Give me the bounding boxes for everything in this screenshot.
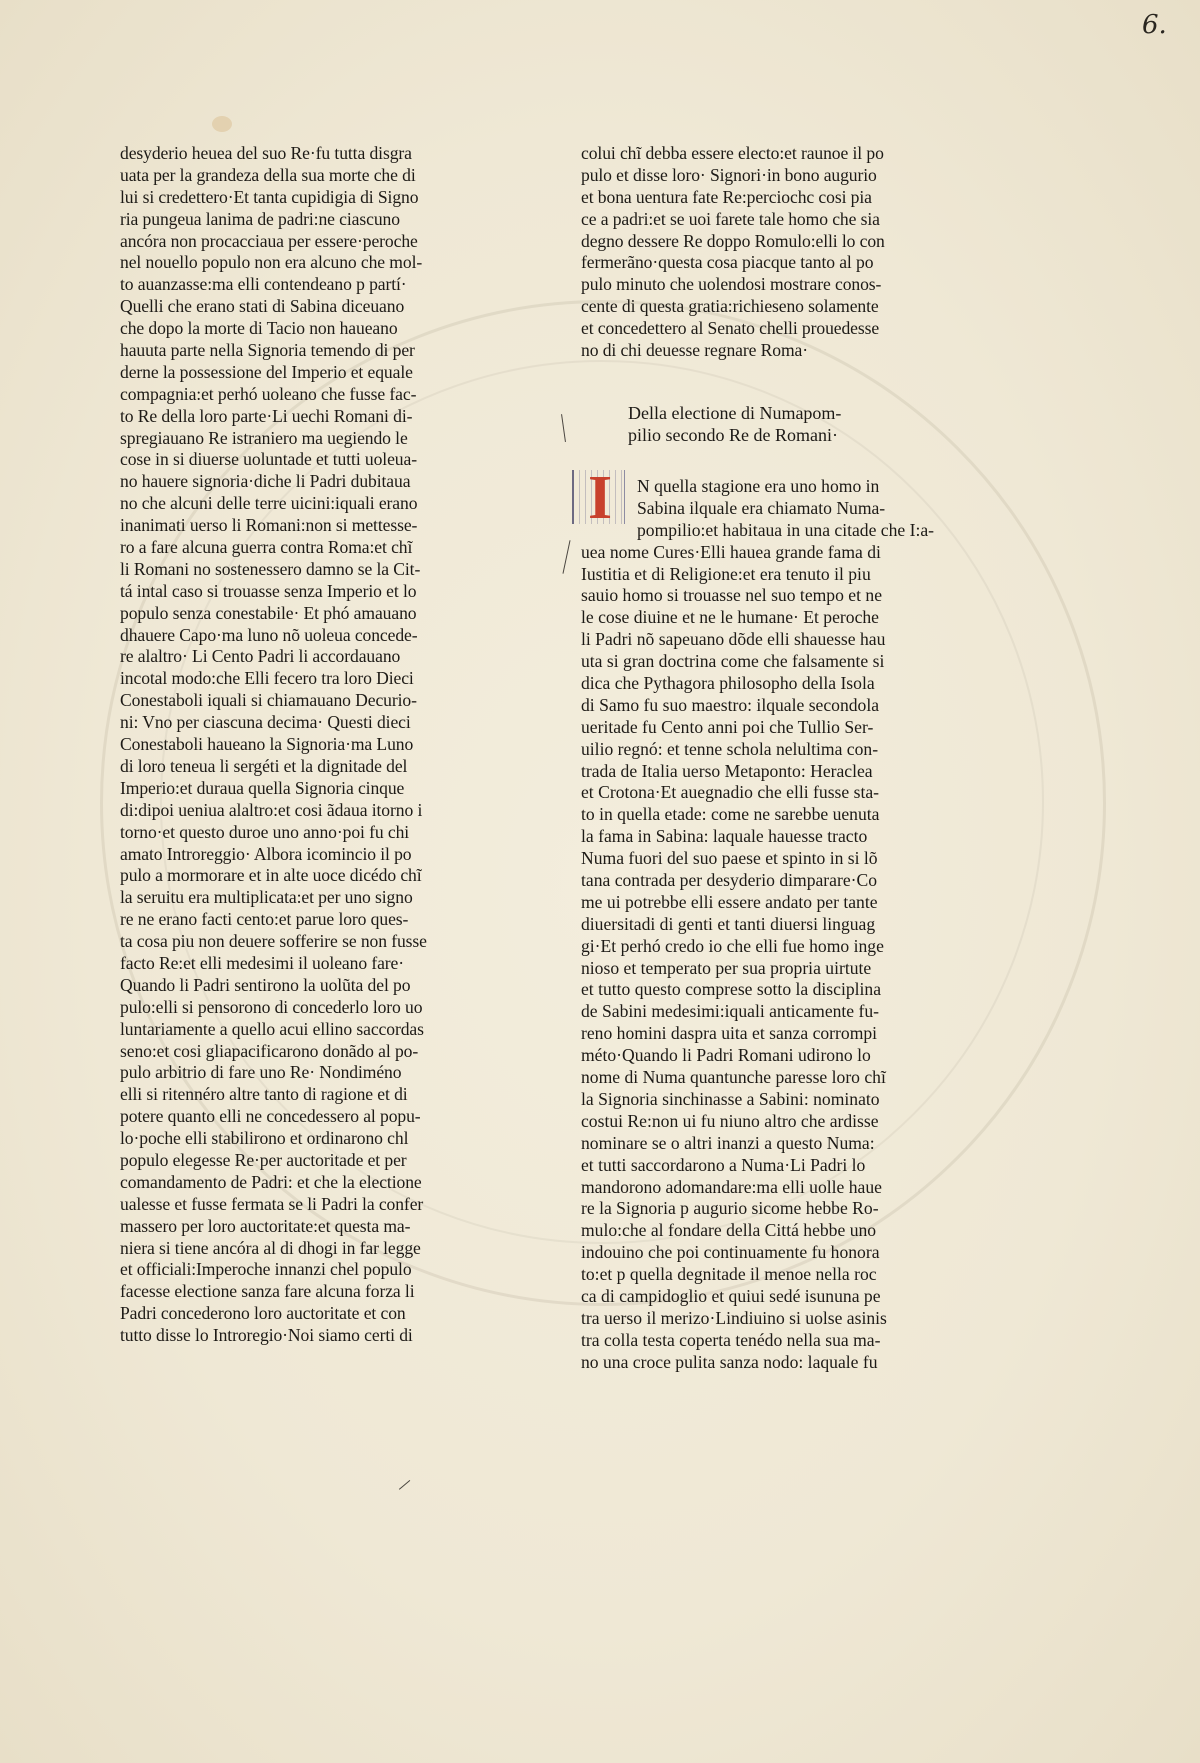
- text-line: elli si ritennéro altre tanto di ragione…: [120, 1084, 485, 1106]
- text-line: la fama in Sabina: laquale hauesse tract…: [581, 826, 936, 848]
- text-line: et Crotona·Et auegnadio che elli fusse s…: [581, 782, 936, 804]
- text-line: di loro teneua li sergéti et la dignitad…: [120, 756, 485, 778]
- text-line: uta si gran doctrina come che falsamente…: [581, 651, 936, 673]
- text-line: spregiauano Re istraniero ma uegiendo le: [120, 428, 485, 450]
- text-line: ualesse et fusse fermata se li Padri la …: [120, 1194, 485, 1216]
- text-line: ta cosa piu non deuere sofferire se non …: [120, 931, 485, 953]
- text-line: et tutti saccordarono a Numa·Li Padri lo: [581, 1155, 936, 1177]
- marginal-pen-mark: [562, 540, 570, 574]
- manuscript-page: 6. desyderio heuea del suo Re·fu tutta d…: [0, 0, 1200, 1763]
- text-line: diuersitadi di genti et tanti diuersi li…: [581, 914, 936, 936]
- text-line: che dopo la morte di Tacio non haueano: [120, 318, 485, 340]
- text-line: uea nome Cures·Elli hauea grande fama di: [581, 542, 936, 564]
- text-line: et tutto questo comprese sotto la discip…: [581, 979, 936, 1001]
- text-line: di Samo fu suo maestro: ilquale secondol…: [581, 695, 936, 717]
- text-line: tutto disse lo Introregio·Noi siamo cert…: [120, 1325, 485, 1347]
- text-line: Numa fuori del suo paese et spinto in si…: [581, 848, 936, 870]
- text-line: desyderio heuea del suo Re·fu tutta disg…: [120, 143, 485, 165]
- text-line: tá intal caso si trouasse senza Imperio …: [120, 581, 485, 603]
- text-line: no che alcuni delle terre uicini:iquali …: [120, 493, 485, 515]
- text-line: facesse electione sanza fare alcuna forz…: [120, 1281, 485, 1303]
- text-line: incotal modo:che Elli fecero tra loro Di…: [120, 668, 485, 690]
- text-line: compagnia:et perhó uoleano che fusse fac…: [120, 384, 485, 406]
- text-line: to auanzasse:ma elli contendeano p partí…: [120, 274, 485, 296]
- text-line: sauio homo si trouasse nel suo tempo et …: [581, 585, 936, 607]
- text-line: pulo minuto che uolendosi mostrare conos…: [581, 274, 936, 296]
- text-line: ro a fare alcuna guerra contra Roma:et c…: [120, 537, 485, 559]
- text-line: re alaltro· Li Cento Padri li accordauan…: [120, 646, 485, 668]
- text-line: ueritade fu Cento anni poi che Tullio Se…: [581, 717, 936, 739]
- text-line: to in quella etade: come ne sarebbe uenu…: [581, 804, 936, 826]
- text-line: no di chi deuesse regnare Roma·: [581, 340, 936, 362]
- text-line: seno:et cosi gliapacificarono donãdo al …: [120, 1041, 485, 1063]
- text-line: tana contrada per desyderio dimparare·Co: [581, 870, 936, 892]
- text-line: di:dipoi ueniua alaltro:et cosi ãdaua it…: [120, 800, 485, 822]
- text-line: pulo arbitrio di fare uno Re· Nondiméno: [120, 1062, 485, 1084]
- text-line: niera si tiene ancóra al di dhogi in far…: [120, 1238, 485, 1260]
- text-line: colui chĩ debba essere electo:et raunoe …: [581, 143, 936, 165]
- right-text-column-body: N quella stagione era uno homo inSabina …: [581, 476, 936, 1374]
- text-line: de Sabini medesimi:iquali anticamente fu…: [581, 1001, 936, 1023]
- text-line: Sabina ilquale era chiamato Numa-: [581, 498, 936, 520]
- text-line: Imperio:et duraua quella Signoria cinque: [120, 778, 485, 800]
- text-line: dica che Pythagora philosopho della Isol…: [581, 673, 936, 695]
- text-line: populo senza conestabile· Et phó amauano: [120, 603, 485, 625]
- text-line: la Signoria sinchinasse a Sabini: nomina…: [581, 1089, 936, 1111]
- text-line: derne la possessione del Imperio et equa…: [120, 362, 485, 384]
- text-line: re la Signoria p augurio sicome hebbe Ro…: [581, 1198, 936, 1220]
- text-line: nome di Numa quantunche paresse loro chĩ: [581, 1067, 936, 1089]
- text-line: Iustitia et di Religione:et era tenuto i…: [581, 564, 936, 586]
- text-line: lui si credettero·Et tanta cupidigia di …: [120, 187, 485, 209]
- text-line: gi·Et perhó credo io che elli fue homo i…: [581, 936, 936, 958]
- text-line: indouino che poi continuamente fu honora: [581, 1242, 936, 1264]
- right-text-column-top: colui chĩ debba essere electo:et raunoe …: [581, 143, 936, 362]
- text-line: nominare se o altri inanzi a questo Numa…: [581, 1133, 936, 1155]
- text-line: li Romani no sostenessero damno se la Ci…: [120, 559, 485, 581]
- text-line: torno·et questo duroe uno anno·poi fu ch…: [120, 822, 485, 844]
- text-line: pulo et disse loro· Signori·in bono augu…: [581, 165, 936, 187]
- text-line: et concedettero al Senato chelli prouede…: [581, 318, 936, 340]
- text-line: cente di questa gratia:richieseno solame…: [581, 296, 936, 318]
- text-line: et officiali:Imperoche innanzi chel popu…: [120, 1259, 485, 1281]
- text-line: re ne erano facti cento:et parue loro qu…: [120, 909, 485, 931]
- text-line: pilio secondo Re de Romani·: [628, 423, 928, 445]
- text-line: uilio regnó: et tenne schola nelultima c…: [581, 739, 936, 761]
- text-line: tra uerso il merizo·Lindiuino si uolse a…: [581, 1308, 936, 1330]
- text-line: costui Re:non ui fu niuno altro che ardi…: [581, 1111, 936, 1133]
- text-line: populo elegesse Re·per auctoritade et pe…: [120, 1150, 485, 1172]
- chapter-heading: Della electione di Numapom-pilio secondo…: [628, 401, 928, 445]
- text-line: no hauere signoria·diche li Padri dubita…: [120, 471, 485, 493]
- text-line: facto Re:et elli medesimi il uoleano far…: [120, 953, 485, 975]
- text-line: et bona uentura fate Re:perciochc cosi p…: [581, 187, 936, 209]
- page-number: 6.: [1142, 10, 1167, 40]
- text-line: fermerãno·questa cosa piacque tanto al p…: [581, 252, 936, 274]
- paper-stain: [212, 116, 232, 132]
- text-line: pulo a mormorare et in alte uoce dicédo …: [120, 865, 485, 887]
- text-line: ria pungeua lanima de padri:ne ciascuno: [120, 209, 485, 231]
- text-line: luntariamente a quello acui ellino sacco…: [120, 1019, 485, 1041]
- text-line: la seruitu era multiplicata:et per uno s…: [120, 887, 485, 909]
- text-line: no una croce pulita sanza nodo: laquale …: [581, 1352, 936, 1374]
- text-line: ni: Vno per ciascuna decima· Questi diec…: [120, 712, 485, 734]
- text-line: massero per loro auctoritate:et questa m…: [120, 1216, 485, 1238]
- text-line: N quella stagione era uno homo in: [581, 476, 936, 498]
- text-line: to Re della loro parte·Li uechi Romani d…: [120, 406, 485, 428]
- text-line: mandorono adomandare:ma elli uolle haue: [581, 1177, 936, 1199]
- text-line: Quando li Padri sentirono la uolũta del …: [120, 975, 485, 997]
- text-line: lo·poche elli stabilirono et ordinarono …: [120, 1128, 485, 1150]
- text-line: li Padri nõ sapeuano dõde elli shauesse …: [581, 629, 936, 651]
- text-line: mulo:che al fondare della Cittá hebbe un…: [581, 1220, 936, 1242]
- text-line: nioso et temperato per sua propria uirtu…: [581, 958, 936, 980]
- text-line: pompilio:et habitaua in una citade che I…: [581, 520, 936, 542]
- text-line: Quelli che erano stati di Sabina diceuan…: [120, 296, 485, 318]
- text-line: méto·Quando li Padri Romani udirono lo: [581, 1045, 936, 1067]
- text-line: hauuta parte nella Signoria temendo di p…: [120, 340, 485, 362]
- marginal-pen-mark: [561, 414, 566, 442]
- text-line: dhauere Capo·ma luno nõ uoleua concede-: [120, 625, 485, 647]
- marginal-pen-mark: [399, 1480, 411, 1490]
- text-line: to:et p quella degnitade il menoe nella …: [581, 1264, 936, 1286]
- text-line: me ui potrebbe elli essere andato per ta…: [581, 892, 936, 914]
- text-line: cose in si diuerse uoluntade et tutti uo…: [120, 449, 485, 471]
- text-line: Conestaboli iquali si chiamauano Decurio…: [120, 690, 485, 712]
- text-line: le cose diuine et ne le humane· Et peroc…: [581, 607, 936, 629]
- text-line: Della electione di Numapom-: [628, 401, 928, 423]
- text-line: ca di campidoglio et quiui sedé isununa …: [581, 1286, 936, 1308]
- text-line: tra colla testa coperta tenédo nella sua…: [581, 1330, 936, 1352]
- text-line: amato Introreggio· Albora icomincio il p…: [120, 844, 485, 866]
- text-line: pulo:elli si pensorono di concederlo lor…: [120, 997, 485, 1019]
- text-line: Padri concederono loro auctoritate et co…: [120, 1303, 485, 1325]
- text-line: Conestaboli haueano la Signoria·ma Luno: [120, 734, 485, 756]
- text-line: ce a padri:et se uoi farete tale homo ch…: [581, 209, 936, 231]
- text-line: degno dessere Re doppo Romulo:elli lo co…: [581, 231, 936, 253]
- left-text-column: desyderio heuea del suo Re·fu tutta disg…: [120, 143, 485, 1347]
- text-line: comandamento de Padri: et che la electio…: [120, 1172, 485, 1194]
- text-line: reno homini daspra uita et sanza corromp…: [581, 1023, 936, 1045]
- text-line: uata per la grandeza della sua morte che…: [120, 165, 485, 187]
- text-line: trada de Italia uerso Metaponto: Heracle…: [581, 761, 936, 783]
- text-line: potere quanto elli ne concedessero al po…: [120, 1106, 485, 1128]
- text-line: ancóra non procacciaua per essere·peroch…: [120, 231, 485, 253]
- text-line: nel nouello populo non era alcuno che mo…: [120, 252, 485, 274]
- text-line: inanimati uerso li Romani:non si mettess…: [120, 515, 485, 537]
